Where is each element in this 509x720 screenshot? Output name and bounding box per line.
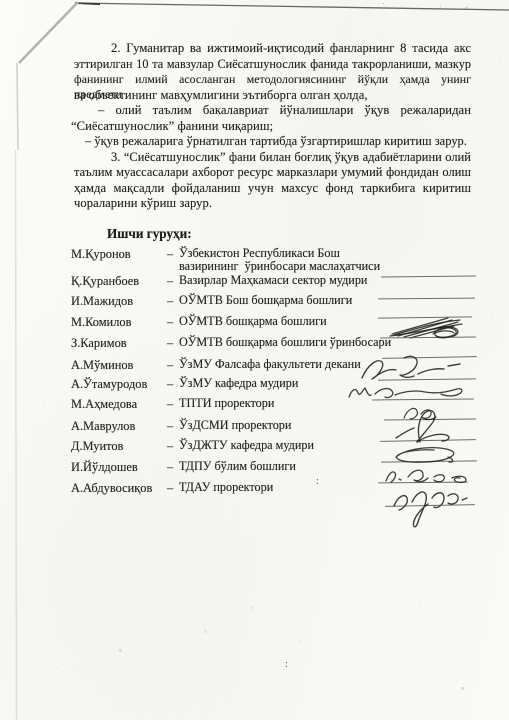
signature-line [385,504,475,507]
member-name: А.Абдувосиқов [71,481,152,496]
member-title-dash: – [167,274,173,289]
member-title-dash: – [167,358,173,373]
member-row: Д.Муитов–ЎзДЖТУ кафедра мудири [0,439,509,455]
member-title-line: ТДАУ проректори [179,481,273,494]
member-title: ТДАУ проректори [179,481,273,494]
scan-left-edge-line-upper [17,63,18,150]
stray-mark: : [316,476,319,487]
paragraph-line: фанининг илмий асосланган методологиясин… [74,72,471,88]
scan-corner-fold-highlight [22,4,81,64]
member-name: З.Каримов [71,336,127,351]
paragraph-line: 2. Гуманитар ва ижтимоий-иқтисодий фанла… [74,41,471,57]
member-name: А.Маврулов [71,419,135,434]
member-name: М.Комилов [71,315,131,330]
member-name: М.Қуронов [71,247,131,262]
member-row: А.Маврулов–ЎзДСМИ проректори [0,419,509,435]
member-title-dash: – [167,439,173,454]
member-title-dash: – [167,419,173,434]
member-title-dash: – [167,247,173,262]
member-title-line: Вазирлар Маҳкамаси сектор мудири [179,274,367,287]
member-name: И.Мажидов [71,294,133,309]
member-row: И.Мажидов–ОЎМТВ Бош бошқарма бошлиги [0,294,509,310]
member-title-dash: – [167,336,173,351]
paragraph-line: 3. “Сиёсатшунослик” фани билан боғлиқ ўқ… [74,150,471,166]
member-title-dash: – [167,397,173,412]
paragraph-line: ва объектининг мавҳумлигини эътиборга ол… [74,88,471,104]
member-title-line: вазирининг ўринбосари маслаҳатчиси [179,260,380,273]
member-title-dash: – [167,460,173,475]
member-title: ОЎМТВ бошқарма бошлиги [179,315,327,328]
member-title-line: ОЎМТВ Бош бошқарма бошлиги [179,294,352,307]
member-name: А.Мўминов [71,358,133,373]
member-row: А.Абдувосиқов–ТДАУ проректори [0,481,509,497]
member-row: Қ.Қуранбоев–Вазирлар Маҳкамаси сектор му… [0,274,509,290]
paragraph-line: – ўқув режаларига ўрнатилган тартибда ўз… [74,134,471,150]
member-row: А.Мўминов–ЎзМУ Фалсафа факультети декани [0,358,509,374]
member-title-line: ОЎМТВ бошқарма бошлиги ўринбосари [179,336,391,349]
member-title: ЎзМУ кафедра мудири [179,377,298,390]
paragraph-line: ҳамда мақсадли фойдаланиш учун махсус фо… [74,181,471,197]
member-title: ЎзДСМИ проректори [179,419,291,432]
member-name: Д.Муитов [71,439,123,454]
member-title-line: ТДПУ бўлим бошлиги [179,460,296,473]
member-title: ЎзДЖТУ кафедра мудири [179,439,314,452]
scan-corner-fold-line [19,2,78,63]
member-name: И.Йўлдошев [71,460,138,475]
document-body-text: 2. Гуманитар ва ижтимоий-иқтисодий фанла… [74,41,471,212]
scan-top-edge-dark-segment [75,3,100,4]
member-row: З.Каримов–ОЎМТВ бошқарма бошлиги ўринбос… [0,336,509,352]
member-name: Қ.Қуранбоев [71,274,139,289]
member-title: Вазирлар Маҳкамаси сектор мудири [179,274,367,287]
member-name: А.Ўтамуродов [71,377,147,392]
member-title-line: ОЎМТВ бошқарма бошлиги [179,315,327,328]
member-title-line: ЎзДЖТУ кафедра мудири [179,439,314,452]
member-row: М.Қуронов–Ўзбекистон Республикаси Бошваз… [0,247,509,263]
member-row: А.Ўтамуродов–ЎзМУ кафедра мудири [0,377,509,393]
member-title-line: ЎзМУ Фалсафа факультети декани [179,358,361,371]
member-title-line: ЎзМУ кафедра мудири [179,377,298,390]
paragraph-line: чораларини кўриш зарур. [74,196,471,212]
member-title-line: ЎзДСМИ проректори [179,419,291,432]
document-page: 2. Гуманитар ва ижтимоий-иқтисодий фанла… [0,0,509,720]
member-title: ОЎМТВ Бош бошқарма бошлиги [179,294,352,307]
member-title: ТПТИ проректори [179,397,274,410]
scan-noise-speckles [0,0,1,1]
member-title-dash: – [167,315,173,330]
member-title-dash: – [167,481,173,496]
member-title: ЎзМУ Фалсафа факультети декани [179,358,361,371]
member-title-dash: – [167,377,173,392]
member-row: М.Аҳмедова–ТПТИ проректори [0,397,509,413]
scan-left-edge-line [16,150,17,720]
member-title: Ўзбекистон Республикаси Бошвазирининг ўр… [179,247,380,273]
member-row: М.Комилов–ОЎМТВ бошқарма бошлиги [0,315,509,331]
paragraph-line: – олий таълим бакалавриат йўналишлари ўқ… [74,103,471,119]
member-title: ТДПУ бўлим бошлиги [179,460,296,473]
working-group-heading: Ишчи гуруҳи: [107,226,192,242]
paragraph-line: “Сиёсатшунослик” фанини чиқариш; [71,119,471,135]
member-title-dash: – [167,294,173,309]
paragraph-line: таълим муассасалари ахборот ресурс марка… [74,165,471,181]
member-name: М.Аҳмедова [71,397,137,412]
stray-mark: : [285,659,288,670]
paragraph-line: эттирилган 10 та мавзулар Сиёсатшунослик… [74,57,471,73]
scan-top-edge-line [75,3,509,10]
member-title: ОЎМТВ бошқарма бошлиги ўринбосари [179,336,391,349]
member-row: И.Йўлдошев–ТДПУ бўлим бошлиги [0,460,509,476]
member-title-line: ТПТИ проректори [179,397,274,410]
